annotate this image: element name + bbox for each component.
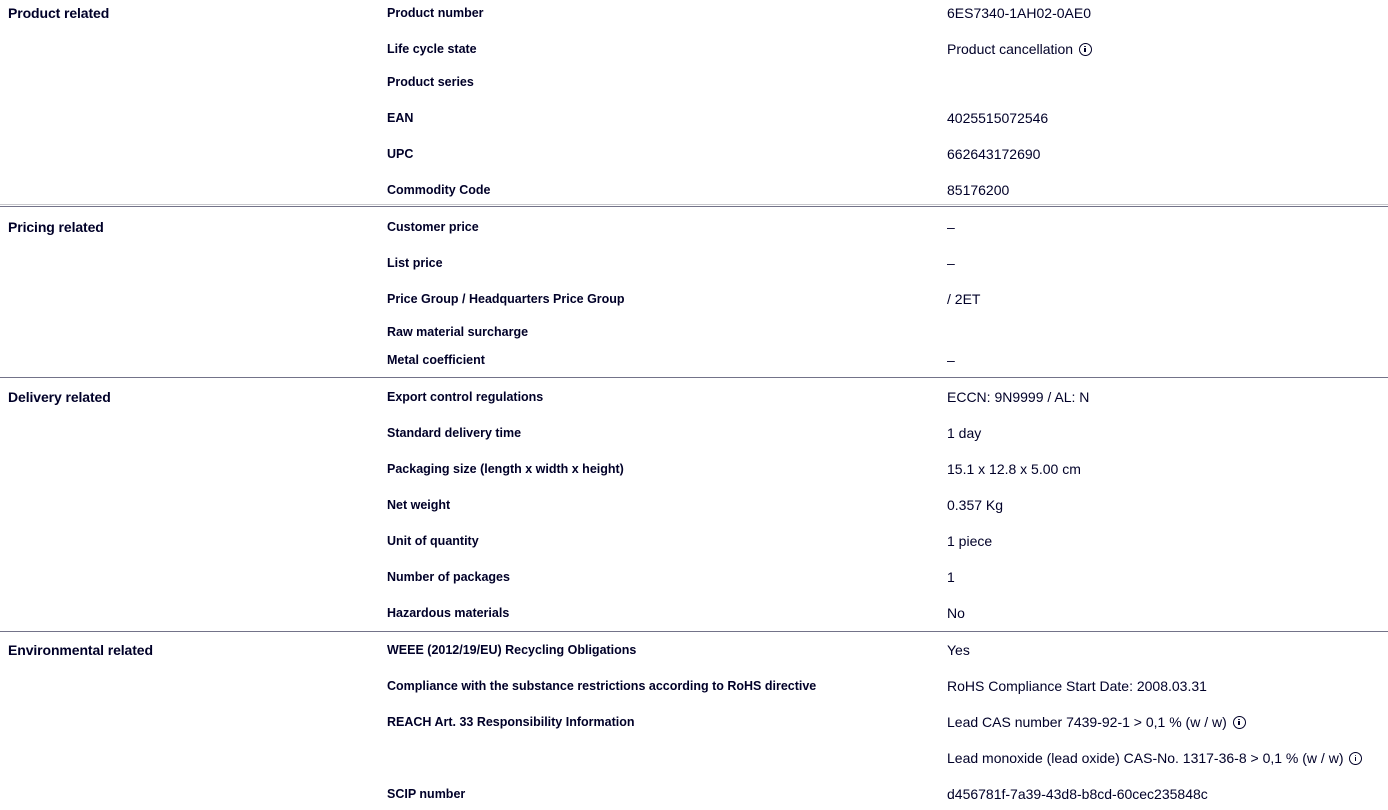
row-label: UPC bbox=[387, 145, 413, 163]
row-label: Unit of quantity bbox=[387, 532, 479, 550]
row-value: 15.1 x 12.8 x 5.00 cm bbox=[947, 460, 1081, 478]
row-label: Price Group / Headquarters Price Group bbox=[387, 290, 625, 308]
row-value: 6ES7340-1AH02-0AE0 bbox=[947, 4, 1091, 22]
reach-lead-oxide-value: Lead monoxide (lead oxide) CAS-No. 1317-… bbox=[947, 749, 1343, 767]
row-label: Standard delivery time bbox=[387, 424, 521, 442]
table-row: Number of packages 1 bbox=[0, 568, 1388, 588]
table-row: List price – bbox=[0, 254, 1388, 274]
table-row: Product series bbox=[0, 73, 1388, 93]
row-value: 4025515072546 bbox=[947, 109, 1048, 127]
table-row: Life cycle state Product cancellation bbox=[0, 40, 1388, 60]
row-value: 0.357 Kg bbox=[947, 496, 1003, 514]
row-label: Raw material surcharge bbox=[387, 323, 528, 341]
row-label: EAN bbox=[387, 109, 413, 127]
row-value: 1 bbox=[947, 568, 955, 586]
table-row: Compliance with the substance restrictio… bbox=[0, 677, 1388, 697]
reach-lead-value: Lead CAS number 7439-92-1 > 0,1 % (w / w… bbox=[947, 713, 1227, 731]
row-value: Lead monoxide (lead oxide) CAS-No. 1317-… bbox=[947, 749, 1362, 767]
row-label: Number of packages bbox=[387, 568, 510, 586]
row-value: – bbox=[947, 351, 955, 369]
row-value: ECCN: 9N9999 / AL: N bbox=[947, 388, 1089, 406]
table-row: Price Group / Headquarters Price Group /… bbox=[0, 290, 1388, 310]
info-circle-icon[interactable] bbox=[1349, 752, 1362, 765]
row-label: Net weight bbox=[387, 496, 450, 514]
section-divider bbox=[0, 377, 1388, 378]
table-row: Net weight 0.357 Kg bbox=[0, 496, 1388, 516]
row-value: 1 piece bbox=[947, 532, 992, 550]
table-row: Lead monoxide (lead oxide) CAS-No. 1317-… bbox=[0, 749, 1388, 769]
info-circle-icon[interactable] bbox=[1233, 716, 1246, 729]
life-cycle-value: Product cancellation bbox=[947, 40, 1073, 58]
table-row: EAN 4025515072546 bbox=[0, 109, 1388, 129]
table-row: Metal coefficient – bbox=[0, 351, 1388, 371]
table-row: Unit of quantity 1 piece bbox=[0, 532, 1388, 552]
row-label: Packaging size (length x width x height) bbox=[387, 460, 624, 478]
table-row: WEEE (2012/19/EU) Recycling Obligations … bbox=[0, 641, 1388, 661]
table-row: REACH Art. 33 Responsibility Information… bbox=[0, 713, 1388, 733]
product-number-value: 6ES7340-1AH02-0AE0 bbox=[947, 4, 1091, 22]
info-circle-icon[interactable] bbox=[1079, 43, 1092, 56]
row-label: SCIP number bbox=[387, 785, 465, 803]
row-value: 662643172690 bbox=[947, 145, 1040, 163]
row-value: 1 day bbox=[947, 424, 981, 442]
section-divider bbox=[0, 631, 1388, 632]
table-row: UPC 662643172690 bbox=[0, 145, 1388, 165]
row-label: Life cycle state bbox=[387, 40, 477, 58]
row-label: Compliance with the substance restrictio… bbox=[387, 677, 816, 695]
row-value: Product cancellation bbox=[947, 40, 1092, 58]
row-label: Metal coefficient bbox=[387, 351, 485, 369]
row-value: 85176200 bbox=[947, 181, 1009, 199]
row-value: – bbox=[947, 218, 955, 236]
section-divider bbox=[0, 204, 1388, 207]
table-row: Packaging size (length x width x height)… bbox=[0, 460, 1388, 480]
row-value: / 2ET bbox=[947, 290, 980, 308]
row-label: Customer price bbox=[387, 218, 479, 236]
row-label: Product series bbox=[387, 73, 474, 91]
table-row: Standard delivery time 1 day bbox=[0, 424, 1388, 444]
row-label: Hazardous materials bbox=[387, 604, 509, 622]
table-row: Customer price – bbox=[0, 218, 1388, 238]
row-value: RoHS Compliance Start Date: 2008.03.31 bbox=[947, 677, 1207, 695]
row-value: Yes bbox=[947, 641, 970, 659]
row-label: REACH Art. 33 Responsibility Information bbox=[387, 713, 634, 731]
row-label: List price bbox=[387, 254, 443, 272]
table-row: Hazardous materials No bbox=[0, 604, 1388, 624]
table-row: Product number 6ES7340-1AH02-0AE0 bbox=[0, 4, 1388, 24]
row-label: Export control regulations bbox=[387, 388, 543, 406]
row-label: Commodity Code bbox=[387, 181, 490, 199]
table-row: Export control regulations ECCN: 9N9999 … bbox=[0, 388, 1388, 408]
row-value: – bbox=[947, 254, 955, 272]
row-label: Product number bbox=[387, 4, 484, 22]
row-value: No bbox=[947, 604, 965, 622]
row-value: d456781f-7a39-43d8-b8cd-60cec235848c bbox=[947, 785, 1208, 803]
table-row: Commodity Code 85176200 bbox=[0, 181, 1388, 201]
row-value: Lead CAS number 7439-92-1 > 0,1 % (w / w… bbox=[947, 713, 1246, 731]
row-label: WEEE (2012/19/EU) Recycling Obligations bbox=[387, 641, 636, 659]
table-row: Raw material surcharge bbox=[0, 323, 1388, 343]
table-row: SCIP number d456781f-7a39-43d8-b8cd-60ce… bbox=[0, 785, 1388, 805]
